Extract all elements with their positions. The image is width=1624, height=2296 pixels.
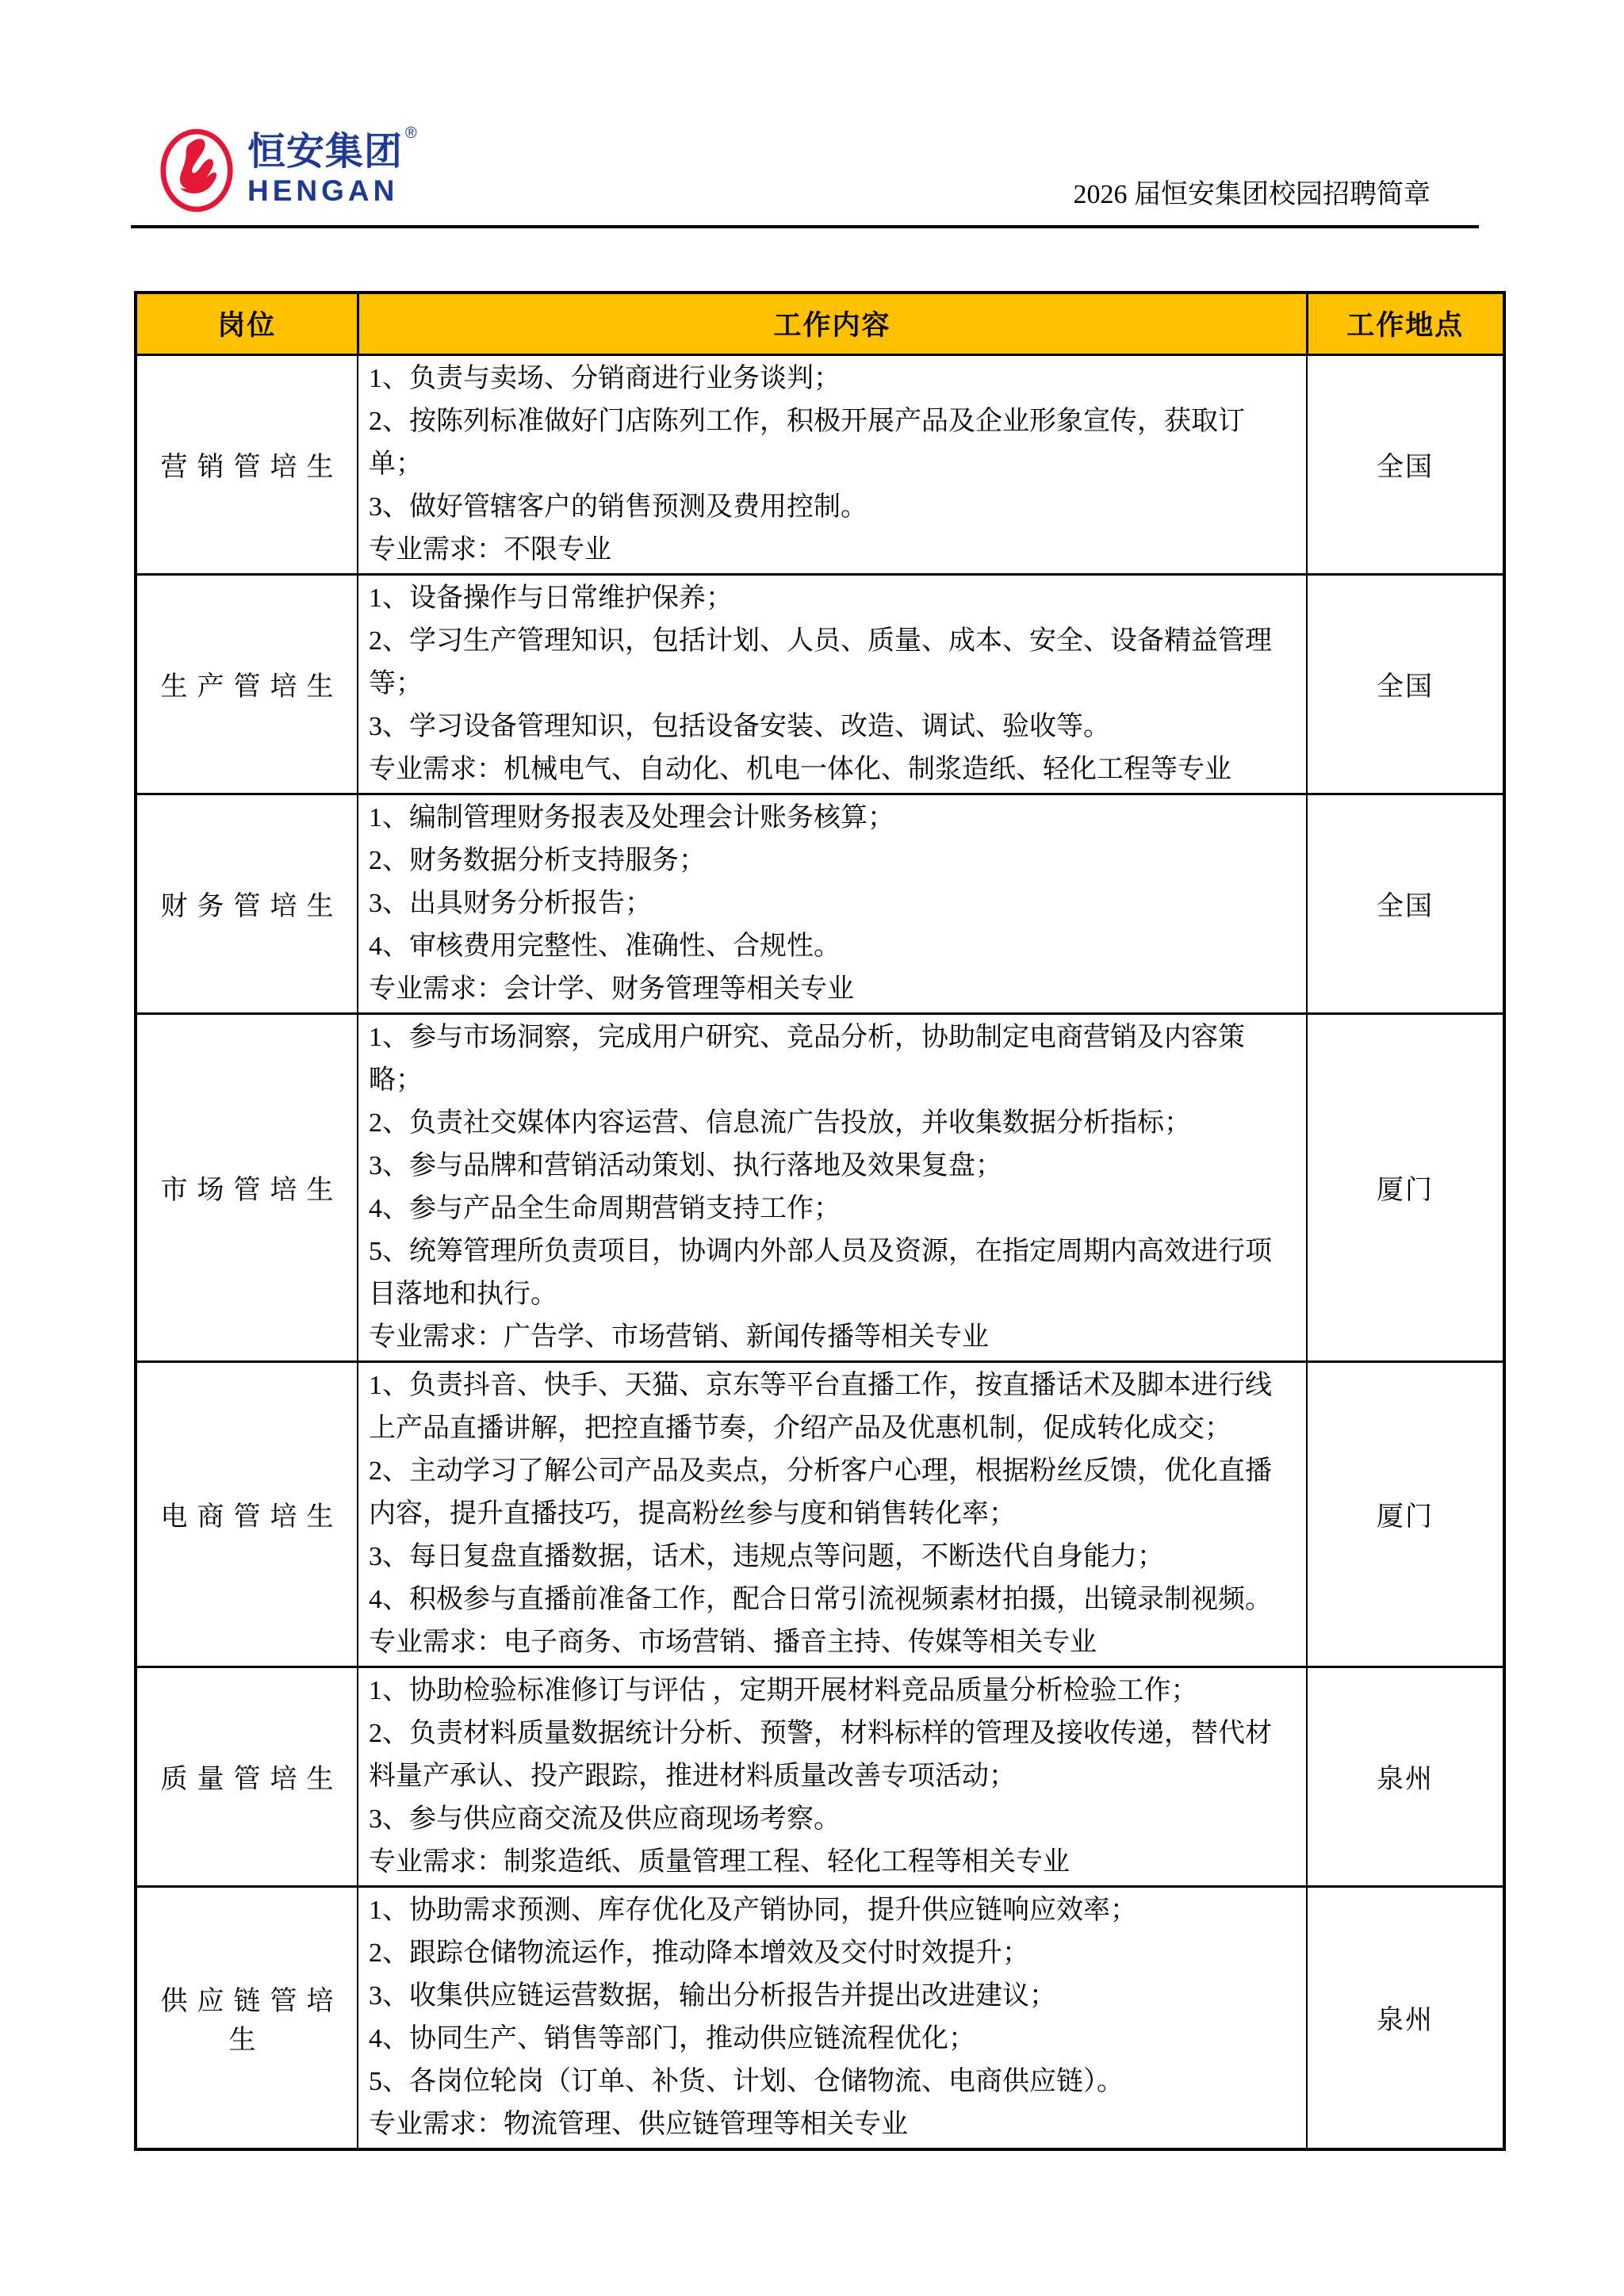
position-cell: 营销管培生: [136, 354, 358, 574]
location-cell: 厦门: [1307, 1361, 1504, 1667]
table-header-row: 岗位 工作内容 工作地点: [136, 293, 1504, 354]
duty-item: 4、协同生产、销售等部门，推动供应链流程优化；: [369, 2018, 1297, 2061]
duties-cell: 1、设备操作与日常维护保养；2、学习生产管理知识，包括计划、人员、质量、成本、安…: [358, 574, 1307, 794]
table-row: 生产管培生 1、设备操作与日常维护保养；2、学习生产管理知识，包括计划、人员、质…: [136, 574, 1504, 794]
logo-cn-text: 恒安集团: [247, 131, 403, 173]
duty-item: 3、参与供应商交流及供应商现场考察。: [369, 1798, 1297, 1841]
location-cell: 全国: [1307, 574, 1504, 794]
duty-item: 4、审核费用完整性、准确性、合规性。: [369, 925, 1297, 968]
duty-item: 4、参与产品全生命周期营销支持工作；: [369, 1188, 1297, 1230]
duty-item: 2、跟踪仓储物流运作，推动降本增效及交付时效提升；: [369, 1932, 1297, 1975]
doc-header-title: 2026 届恒安集团校园招聘简章: [1074, 179, 1431, 212]
table-row: 财务管培生 1、编制管理财务报表及处理会计账务核算；2、财务数据分析支持服务；3…: [136, 794, 1504, 1013]
major-requirement: 专业需求：不限专业: [369, 529, 1297, 572]
major-requirement: 专业需求：机械电气、自动化、机电一体化、制浆造纸、轻化工程等专业: [369, 748, 1297, 791]
duty-item: 3、每日复盘直播数据，话术，违规点等问题，不断迭代自身能力；: [369, 1536, 1297, 1578]
location-cell: 泉州: [1307, 1667, 1504, 1886]
document-page: 恒安集团® HENGAN 2026 届恒安集团校园招聘简章 岗位 工作内容 工作…: [0, 0, 1624, 2296]
location-cell: 泉州: [1307, 1886, 1504, 2149]
duty-item: 5、统筹管理所负责项目，协调内外部人员及资源，在指定周期内高效进行项目落地和执行…: [369, 1230, 1297, 1316]
location-cell: 全国: [1307, 794, 1504, 1013]
hengan-flame-icon: [159, 127, 235, 214]
location-cell: 厦门: [1307, 1013, 1504, 1361]
duties-cell: 1、协助需求预测、库存优化及产销协同，提升供应链响应效率；2、跟踪仓储物流运作，…: [358, 1886, 1307, 2149]
table-row: 市场管培生 1、参与市场洞察，完成用户研究、竞品分析，协助制定电商营销及内容策略…: [136, 1013, 1504, 1361]
duty-item: 2、负责社交媒体内容运营、信息流广告投放，并收集数据分析指标；: [369, 1102, 1297, 1145]
table-row: 质量管培生 1、协助检验标准修订与评估 ，定期开展材料竞品质量分析检验工作；2、…: [136, 1667, 1504, 1886]
duty-item: 3、做好管辖客户的销售预测及费用控制。: [369, 486, 1297, 529]
duty-item: 1、编制管理财务报表及处理会计账务核算；: [369, 797, 1297, 840]
duty-item: 2、财务数据分析支持服务；: [369, 840, 1297, 882]
major-requirement: 专业需求：会计学、财务管理等相关专业: [369, 968, 1297, 1011]
col-header-duties: 工作内容: [358, 293, 1307, 354]
table-row: 电商管培生 1、负责抖音、快手、天猫、京东等平台直播工作，按直播话术及脚本进行线…: [136, 1361, 1504, 1667]
logo-text: 恒安集团® HENGAN: [247, 127, 415, 208]
major-requirement: 专业需求：物流管理、供应链管理等相关专业: [369, 2103, 1297, 2146]
position-cell: 电商管培生: [136, 1361, 358, 1667]
duty-item: 5、各岗位轮岗（订单、补货、计划、仓储物流、电商供应链）。: [369, 2061, 1297, 2103]
duty-item: 1、协助需求预测、库存优化及产销协同，提升供应链响应效率；: [369, 1889, 1297, 1932]
position-cell: 供应链管培生: [136, 1886, 358, 2149]
duties-cell: 1、编制管理财务报表及处理会计账务核算；2、财务数据分析支持服务；3、出具财务分…: [358, 794, 1307, 1013]
duty-item: 2、负责材料质量数据统计分析、预警，材料标样的管理及接收传递，替代材料量产承认、…: [369, 1712, 1297, 1798]
registered-trademark-icon: ®: [405, 124, 417, 142]
major-requirement: 专业需求：电子商务、市场营销、播音主持、传媒等相关专业: [369, 1621, 1297, 1664]
position-cell: 质量管培生: [136, 1667, 358, 1886]
duty-item: 3、收集供应链运营数据，输出分析报告并提出改进建议；: [369, 1975, 1297, 2018]
position-cell: 生产管培生: [136, 574, 358, 794]
duty-item: 1、协助检验标准修订与评估 ，定期开展材料竞品质量分析检验工作；: [369, 1670, 1297, 1712]
hengan-logo: 恒安集团® HENGAN: [159, 127, 415, 214]
location-cell: 全国: [1307, 354, 1504, 574]
major-requirement: 专业需求：广告学、市场营销、新闻传播等相关专业: [369, 1316, 1297, 1359]
duty-item: 1、设备操作与日常维护保养；: [369, 577, 1297, 620]
logo-en-text: HENGAN: [247, 174, 415, 208]
duty-item: 4、积极参与直播前准备工作，配合日常引流视频素材拍摄，出镜录制视频。: [369, 1578, 1297, 1621]
header-divider: [131, 225, 1479, 228]
duties-cell: 1、协助检验标准修订与评估 ，定期开展材料竞品质量分析检验工作；2、负责材料质量…: [358, 1667, 1307, 1886]
duty-item: 3、参与品牌和营销活动策划、执行落地及效果复盘；: [369, 1145, 1297, 1188]
col-header-position: 岗位: [136, 293, 358, 354]
duty-item: 2、主动学习了解公司产品及卖点，分析客户心理，根据粉丝反馈，优化直播内容，提升直…: [369, 1450, 1297, 1536]
duty-item: 2、学习生产管理知识，包括计划、人员、质量、成本、安全、设备精益管理等；: [369, 620, 1297, 706]
table-row: 供应链管培生 1、协助需求预测、库存优化及产销协同，提升供应链响应效率；2、跟踪…: [136, 1886, 1504, 2149]
duty-item: 1、负责与卖场、分销商进行业务谈判；: [369, 358, 1297, 400]
position-cell: 市场管培生: [136, 1013, 358, 1361]
table-row: 营销管培生 1、负责与卖场、分销商进行业务谈判；2、按陈列标准做好门店陈列工作，…: [136, 354, 1504, 574]
duties-cell: 1、负责与卖场、分销商进行业务谈判；2、按陈列标准做好门店陈列工作，积极开展产品…: [358, 354, 1307, 574]
duties-cell: 1、负责抖音、快手、天猫、京东等平台直播工作，按直播话术及脚本进行线上产品直播讲…: [358, 1361, 1307, 1667]
col-header-location: 工作地点: [1307, 293, 1504, 354]
duty-item: 1、参与市场洞察，完成用户研究、竞品分析，协助制定电商营销及内容策略；: [369, 1016, 1297, 1102]
duty-item: 3、出具财务分析报告；: [369, 882, 1297, 925]
position-cell: 财务管培生: [136, 794, 358, 1013]
major-requirement: 专业需求：制浆造纸、质量管理工程、轻化工程等相关专业: [369, 1841, 1297, 1884]
jobs-table: 岗位 工作内容 工作地点 营销管培生 1、负责与卖场、分销商进行业务谈判；2、按…: [134, 291, 1506, 2151]
duties-cell: 1、参与市场洞察，完成用户研究、竞品分析，协助制定电商营销及内容策略；2、负责社…: [358, 1013, 1307, 1361]
duty-item: 2、按陈列标准做好门店陈列工作，积极开展产品及企业形象宣传，获取订单；: [369, 400, 1297, 486]
duty-item: 1、负责抖音、快手、天猫、京东等平台直播工作，按直播话术及脚本进行线上产品直播讲…: [369, 1364, 1297, 1450]
duty-item: 3、学习设备管理知识，包括设备安装、改造、调试、验收等。: [369, 706, 1297, 748]
